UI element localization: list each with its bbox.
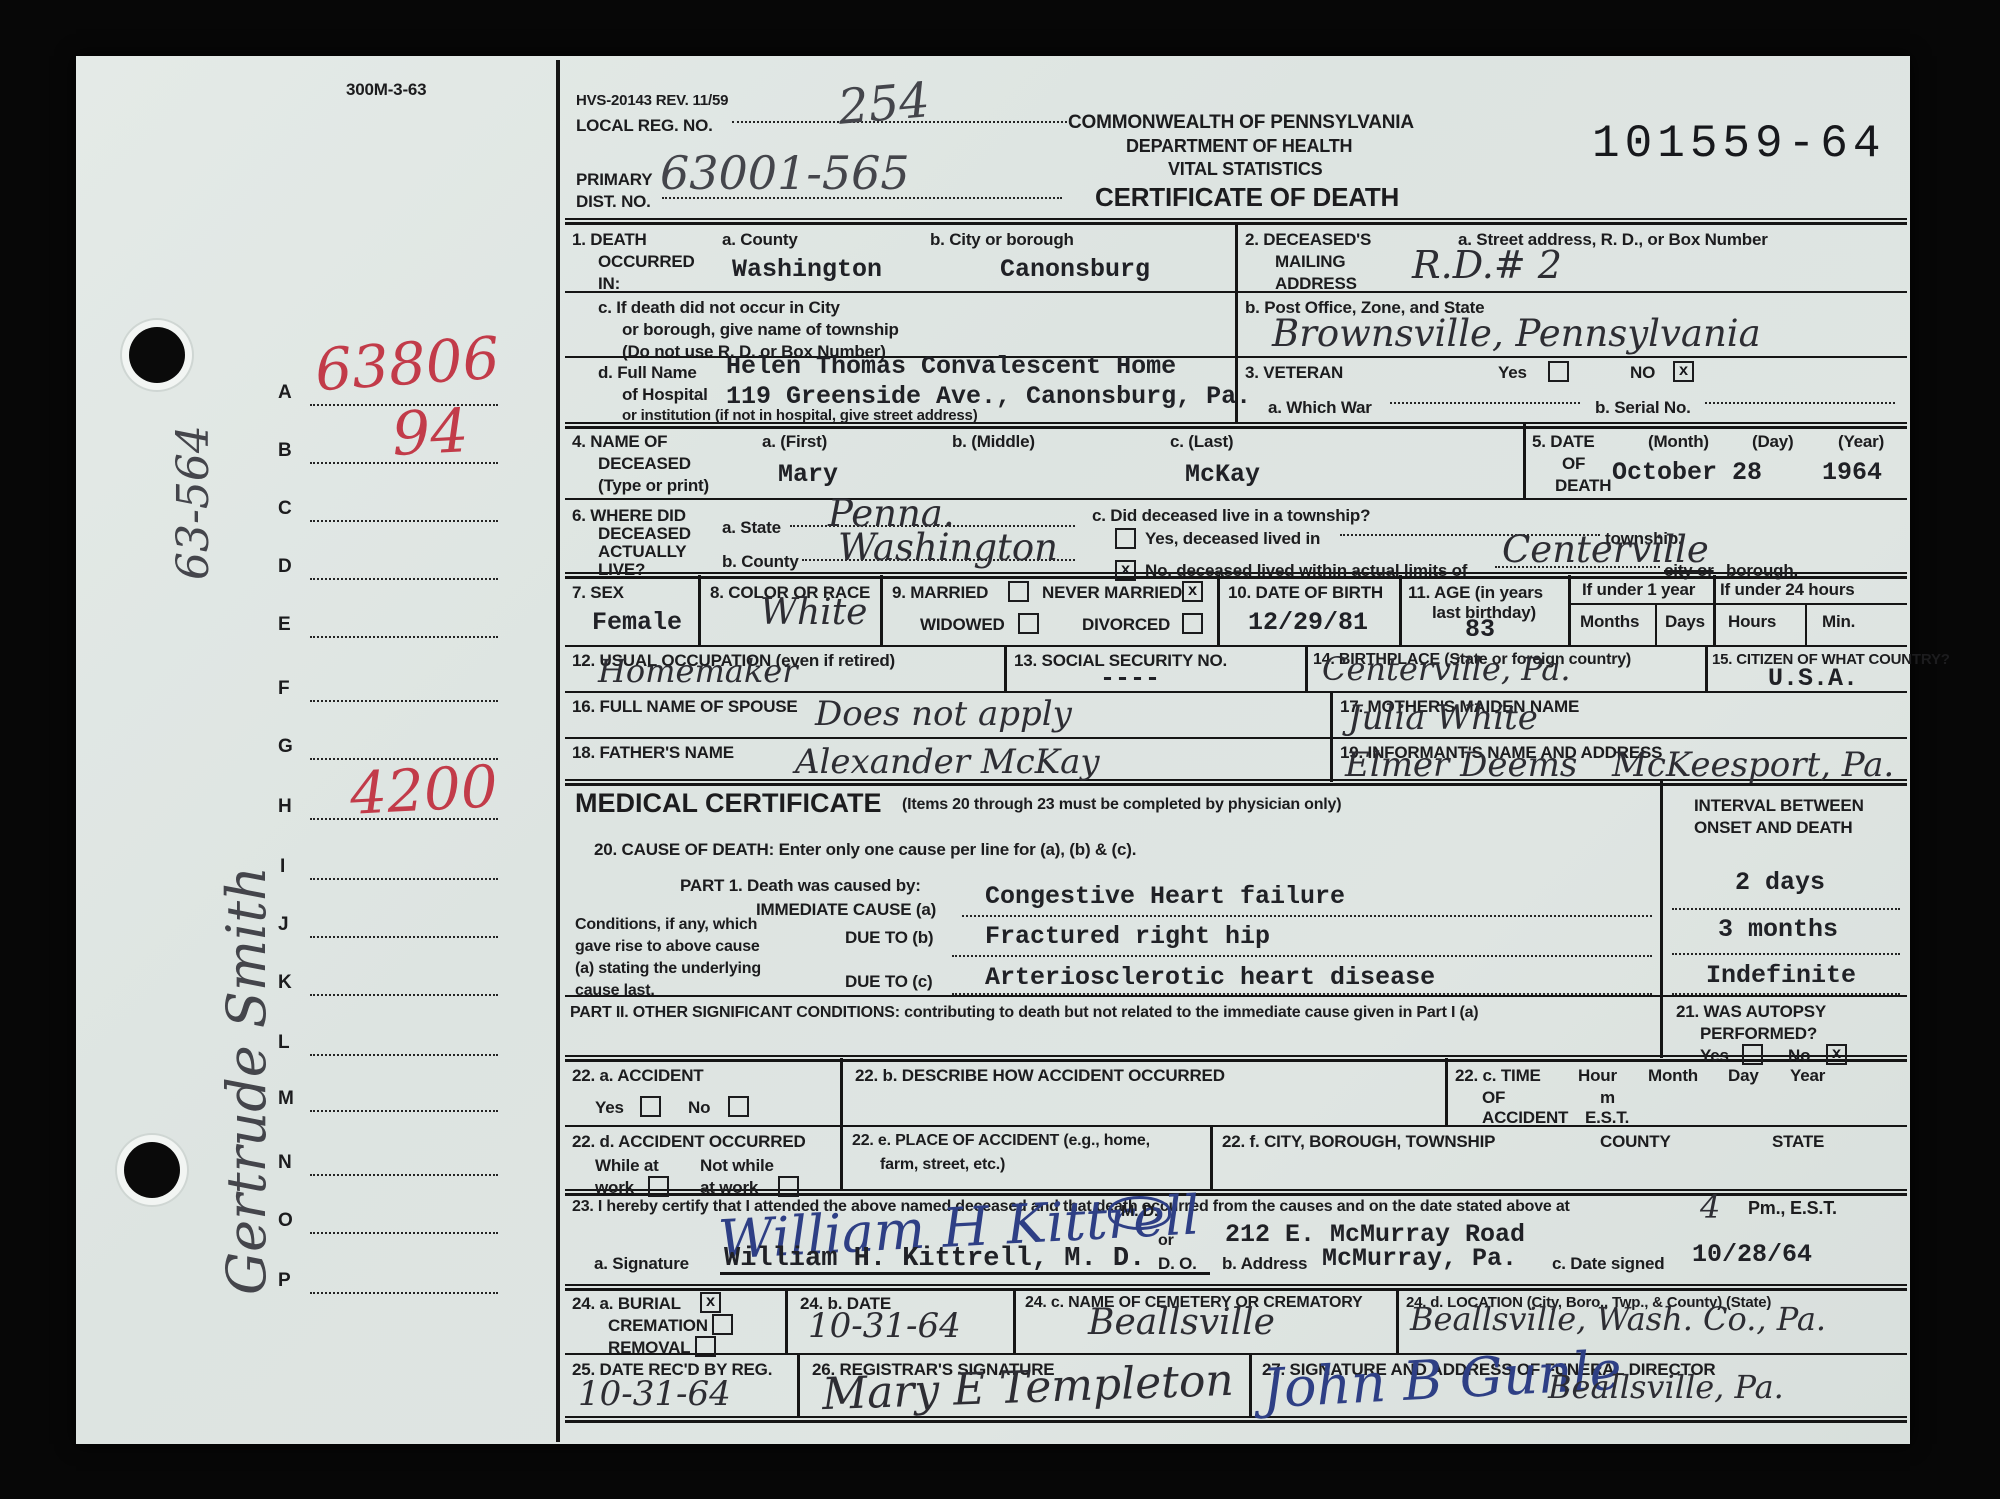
field-23-do-label: D. O. [1158,1254,1197,1274]
field-11-days-label: Days [1665,612,1705,632]
stub-red-number-h: 4200 [348,752,499,828]
field-11-hours-label: Hours [1728,612,1776,632]
field-22f-county-label: COUNTY [1600,1132,1671,1152]
stub-divider-line [556,60,560,1442]
stub-letter-k: K [278,972,292,994]
field-20b-line [952,952,1652,957]
field-22c-est-label: E.S.T. [1585,1108,1629,1128]
field-3b-label: b. Serial No. [1595,398,1691,418]
field-21-yes-label: Yes [1700,1046,1729,1066]
stub-vertical-name-note: Gertrude Smith [215,866,278,1295]
field-22c-year-label: Year [1790,1066,1825,1086]
field-22b-label: 22. b. DESCRIBE HOW ACCIDENT OCCURRED [855,1066,1225,1086]
field-24a-removal-label: REMOVAL [608,1338,690,1358]
interval-header-2: ONSET AND DEATH [1694,818,1853,838]
stub-letter-b: B [278,440,292,462]
field-25-value: 10-31-64 [578,1374,731,1414]
field-24a-burial-checkbox: x [700,1292,721,1313]
field-3-yes-checkbox [1548,361,1569,382]
field-11-under1yr-label: If under 1 year [1582,580,1695,600]
field-5-value-year: 1964 [1822,458,1882,487]
stub-line-j [310,933,498,938]
stub-line-f [310,697,498,702]
field-5-label-3: DEATH [1555,476,1611,496]
field-1b-value: Canonsburg [1000,255,1150,284]
field-7-label: 7. SEX [572,583,624,603]
field-23-or-label: or [1158,1232,1174,1250]
field-20-label: 20. CAUSE OF DEATH: Enter only one cause… [594,840,1136,860]
interval-line-a [1672,905,1900,910]
field-11-value: 83 [1465,615,1495,644]
field-6c-yes-checkbox [1115,528,1136,549]
field-2b-value: Brownsville, Pennsylvania [1272,312,1761,355]
field-23b-label: b. Address [1222,1254,1307,1274]
stub-red-number-a: 63806 [313,324,502,405]
stub-line-i [310,875,498,880]
stub-line-e [310,633,498,638]
field-24a-cremation-checkbox [712,1314,733,1335]
field-6c-yes-label: Yes, deceased lived in [1145,529,1320,549]
stub-letter-i: I [280,856,285,878]
stub-letter-j: J [278,914,288,936]
field-22e-label-2: farm, street, etc.) [880,1156,1005,1174]
rule-bottom [565,1416,1907,1423]
stub-letter-e: E [278,614,290,636]
vrule-22e-f [1210,1125,1213,1189]
field-16-label: 16. FULL NAME OF SPOUSE [572,697,798,717]
field-3b-line [1705,399,1895,404]
field-22c-month-label: Month [1648,1066,1698,1086]
field-9-widowed-label: WIDOWED [920,615,1005,635]
field-22d-work-checkbox [648,1176,669,1197]
field-19-value-1: Elmer Deems [1345,745,1577,785]
field-22c-label: 22. c. TIME [1455,1066,1541,1086]
vrule-22d-e [840,1125,843,1189]
field-6a-label: a. State [722,518,781,538]
vrule-12-13 [1004,645,1007,691]
field-20a-value: Congestive Heart failure [985,882,1345,911]
field-20-immediate-label: IMMEDIATE CAUSE (a) [756,900,936,920]
field-3a-line [1390,399,1580,404]
field-20c-label: DUE TO (c) [845,972,932,992]
field-22d-notwhile-label: Not while [700,1156,774,1176]
stub-line-k [310,991,498,996]
field-9-never-label: NEVER MARRIED [1042,583,1182,603]
vrule-13-14 [1305,645,1308,691]
vital-statistics-line: VITAL STATISTICS [1168,159,1322,180]
field-22d-atwork-label: at work [700,1178,758,1198]
field-21-yes-checkbox [1742,1044,1763,1065]
rule-24-top [565,1284,1907,1291]
vrule-4-5 [1523,422,1526,498]
stub-letter-a: A [278,382,292,404]
field-3-no-checkbox: x [1673,361,1694,382]
field-part2-label: PART II. OTHER SIGNIFICANT CONDITIONS: c… [570,1004,1478,1022]
field-20a-line [962,912,1652,917]
interval-value-a: 2 days [1735,868,1825,897]
field-1d-value-1: Helen Thomas Convalescent Home [726,352,1176,381]
stub-line-m [310,1107,498,1112]
vrule-interval-col [1660,779,1663,1058]
field-22d-work-label: work [595,1178,634,1198]
field-22a-yes-checkbox [640,1096,661,1117]
field-6c-label: c. Did deceased live in a township? [1092,506,1370,526]
stub-letter-d: D [278,556,292,578]
vrule-10-11 [1399,575,1402,645]
rule-r8 [565,737,1907,739]
stub-letter-h: H [278,796,292,818]
interval-value-b: 3 months [1718,915,1838,944]
rule-22-mid [565,1125,1907,1127]
field-22d-label: 22. d. ACCIDENT OCCURRED [572,1132,806,1152]
field-22c-hour-label: Hour [1578,1066,1617,1086]
stub-letter-c: C [278,498,292,520]
certificate-title: CERTIFICATE OF DEATH [1095,182,1399,213]
field-18-value: Alexander McKay [795,742,1100,782]
field-21-no-label: No [1788,1046,1810,1066]
field-21-no-checkbox: x [1826,1044,1847,1065]
field-9-divorced-checkbox [1182,613,1203,634]
vrule-24a-b [785,1288,788,1353]
field-5-year-label: (Year) [1838,432,1884,452]
field-23-md-label: M. D. [1121,1203,1158,1220]
field-2-label-3: ADDRESS [1275,274,1357,294]
field-23-time-value: 4 [1700,1188,1720,1226]
field-1-label-3: IN: [598,274,620,294]
field-4-label-2: DECEASED [598,454,691,474]
primary-dist-label-1: PRIMARY [576,170,652,190]
field-21-label-2: PERFORMED? [1700,1024,1817,1044]
field-3-no-label: NO [1630,363,1655,383]
field-6b-label: b. County [722,552,799,572]
field-20-cond-2: gave rise to above cause [575,938,760,956]
vrule-u1y-u24 [1713,575,1716,645]
field-6-label-3: ACTUALLY [598,542,686,562]
field-9-married-label: 9. MARRIED [892,583,988,603]
vrule-22b-c [1445,1058,1448,1125]
field-24c-value: Beallsville [1088,1302,1275,1343]
field-6-label-1: 6. WHERE DID [572,506,686,526]
field-24d-value: Beallsville, Wash. Co., Pa. [1410,1300,1826,1338]
stub-line-n [310,1171,498,1176]
field-11-months-label: Months [1580,612,1639,632]
field-6c-strike-cityor: city or [1664,561,1714,581]
form-revision-code: HVS-20143 REV. 11/59 [576,92,728,109]
primary-dist-value: 63001-565 [660,146,910,200]
field-22d-whileat-label: While at [595,1156,659,1176]
field-6c-no-label: No, deceased lived within actual limits … [1145,561,1467,581]
field-22c-of-label: OF [1482,1088,1505,1108]
vrule-7-8 [698,575,701,645]
field-9-widowed-checkbox [1018,613,1039,634]
field-11-under24-label: If under 24 hours [1720,580,1855,600]
vrule-months-days [1655,603,1657,645]
field-2-label-2: MAILING [1275,252,1345,272]
medical-certificate-title: MEDICAL CERTIFICATE [575,788,882,819]
field-23-md-circle: M. D. [1108,1196,1171,1230]
field-22a-yes-label: Yes [595,1098,624,1118]
field-3-label: 3. VETERAN [1245,363,1343,383]
stub-letter-o: O [278,1210,293,1232]
field-4a-label: a. (First) [762,432,827,452]
field-3-yes-label: Yes [1498,363,1527,383]
vrule-26-27 [1249,1353,1252,1416]
stub-red-number-b: 94 [390,396,470,470]
field-3a-label: a. Which War [1268,398,1372,418]
field-22a-no-label: No [688,1098,710,1118]
vrule-24b-c [1013,1288,1016,1353]
field-18-label: 18. FATHER'S NAME [572,743,734,763]
field-20c-value: Arteriosclerotic heart disease [985,963,1435,992]
field-6b-value: Washington [838,526,1058,569]
field-20b-label: DUE TO (b) [845,928,933,948]
field-10-value: 12/29/81 [1248,608,1368,637]
local-reg-label: LOCAL REG. NO. [576,116,713,136]
field-20-cond-3: (a) stating the underlying [575,960,761,978]
field-1c-label-1: c. If death did not occur in City [598,298,840,318]
field-2a-value: R.D.# 2 [1412,243,1562,287]
field-22d-atwork-checkbox [778,1176,799,1197]
vrule-25-26 [797,1353,800,1416]
field-27-address-value: Beallsville, Pa. [1548,1368,1784,1406]
field-9-never-checkbox: x [1182,581,1203,602]
field-20-part1-label: PART 1. Death was caused by: [680,876,921,896]
field-1-label-2: OCCURRED [598,252,695,272]
field-22a-label: 22. a. ACCIDENT [572,1066,703,1086]
field-6-label-4: LIVE? [598,560,645,580]
field-8-value: White [760,592,867,633]
field-22c-m-label: m [1600,1088,1615,1108]
interval-header-1: INTERVAL BETWEEN [1694,796,1864,816]
rule-part2-top [565,995,1907,997]
field-20-cond-1: Conditions, if any, which [575,916,757,934]
stub-form-code: 300M-3-63 [346,80,426,100]
rule-25-top [565,1353,1907,1355]
field-13-value: ---- [1100,664,1160,693]
rule-u1y-sub [1568,603,1907,605]
field-23b-value: McMurray, Pa. [1322,1244,1517,1273]
field-1d-label-1: d. Full Name [598,363,697,383]
field-1d-label-2: of Hospital [622,385,708,405]
field-17-value: Julia White [1348,698,1538,738]
field-11-min-label: Min. [1822,612,1855,632]
stub-letter-p: P [278,1270,290,1292]
field-24b-value: 10-31-64 [808,1306,961,1346]
stub-vertical-registration-number: 63-564 [168,425,219,580]
field-1-label-1: 1. DEATH [572,230,647,250]
vrule-14-15 [1705,645,1708,691]
vrule-9-10 [1217,575,1220,645]
field-24a-label: 24. a. BURIAL [572,1294,681,1314]
field-4a-value: Mary [778,460,838,489]
field-11-label-1: 11. AGE (in years [1408,583,1543,603]
field-20b-value: Fractured right hip [985,922,1270,951]
field-6-label-2: DECEASED [598,524,691,544]
field-6c-borough-label: borough. [1726,561,1798,581]
stub-line-c [310,517,498,522]
stub-line-l [310,1051,498,1056]
field-16-value: Does not apply [815,694,1072,734]
field-7-value: Female [592,608,682,637]
scanned-death-certificate: 300M-3-63 A B C D E F G H I J K L M N O … [0,0,2000,1499]
field-10-label: 10. DATE OF BIRTH [1228,583,1383,603]
field-22f-state-label: STATE [1772,1132,1824,1152]
interval-line-b [1672,950,1900,955]
interval-line-c [1672,990,1900,995]
field-5-day-label: (Day) [1752,432,1794,452]
stub-line-p [310,1289,498,1294]
rule-r7 [565,691,1907,693]
vrule-hours-min [1805,603,1807,645]
field-1c-label-2: or borough, give name of township [622,320,899,340]
vrule-11-u1y [1568,575,1571,645]
field-20-cond-4: cause last. [575,982,655,1000]
field-4-label-3: (Type or print) [598,476,709,496]
field-23a-typed-signature: William H. Kittrell, M. D. [724,1244,1145,1274]
punch-hole-top [129,327,185,383]
stub-line-d [310,575,498,580]
field-5-label-1: 5. DATE [1532,432,1595,452]
medical-certificate-subtitle: (Items 20 through 23 must be completed b… [902,796,1341,814]
field-19-value-2: McKeesport, Pa. [1612,745,1894,785]
certificate-number-stamp: 101559-64 [1592,118,1885,170]
field-22a-no-checkbox [728,1096,749,1117]
field-15-value: U.S.A. [1768,664,1858,693]
field-5-label-2: OF [1562,454,1585,474]
stub-letter-n: N [278,1152,292,1174]
field-2-label-1: 2. DECEASED'S [1245,230,1371,250]
field-4-label-1: 4. NAME OF [572,432,667,452]
field-5-month-label: (Month) [1648,432,1709,452]
field-1d-value-2: 119 Greenside Ave., Canonsburg, Pa. [726,382,1251,411]
field-23c-value: 10/28/64 [1692,1240,1812,1269]
commonwealth-line: COMMONWEALTH OF PENNSYLVANIA [1068,112,1414,134]
field-9-married-checkbox [1008,581,1029,602]
stub-letter-g: G [278,736,293,758]
local-reg-value: 254 [836,72,932,136]
field-23a-label: a. Signature [594,1254,689,1274]
field-22f-label: 22. f. CITY, BOROUGH, TOWNSHIP [1222,1132,1495,1152]
stub-letter-f: F [278,678,289,700]
department-line: DEPARTMENT OF HEALTH [1126,136,1352,157]
vrule-16-17 [1330,691,1333,782]
stub-letter-l: L [278,1032,289,1054]
field-24a-removal-checkbox [695,1336,716,1357]
vrule-8-9 [880,575,883,645]
vrule-24c-d [1396,1288,1399,1353]
field-12-value: Homemaker [598,652,798,690]
rule-r4 [565,498,1907,500]
field-22c-accident-label: ACCIDENT [1482,1108,1568,1128]
field-23-pm-label: Pm., E.S.T. [1748,1198,1837,1219]
punch-hole-bottom [124,1142,180,1198]
field-5-value-monthday: October 28 [1612,458,1762,487]
stub-letter-m: M [278,1088,294,1110]
field-4c-label: c. (Last) [1170,432,1233,452]
field-6c-no-checkbox: x [1115,560,1136,581]
field-14-value: Centerville, Pa. [1322,650,1571,688]
interval-value-c: Indefinite [1706,961,1856,990]
field-4c-value: McKay [1185,460,1260,489]
field-9-divorced-label: DIVORCED [1082,615,1170,635]
field-22c-day-label: Day [1728,1066,1759,1086]
stub-line-o [310,1229,498,1234]
vrule-22a-b [840,1058,843,1125]
field-1a-label: a. County [722,230,798,250]
field-23c-label: c. Date signed [1552,1254,1664,1274]
field-21-label-1: 21. WAS AUTOPSY [1676,1002,1826,1022]
primary-dist-label-2: DIST. NO. [576,192,651,212]
field-1a-value: Washington [732,255,882,284]
field-24a-cremation-label: CREMATION [608,1316,708,1336]
field-4b-label: b. (Middle) [952,432,1035,452]
field-1b-label: b. City or borough [930,230,1074,250]
field-22e-label: 22. e. PLACE OF ACCIDENT (e.g., home, [852,1132,1150,1150]
